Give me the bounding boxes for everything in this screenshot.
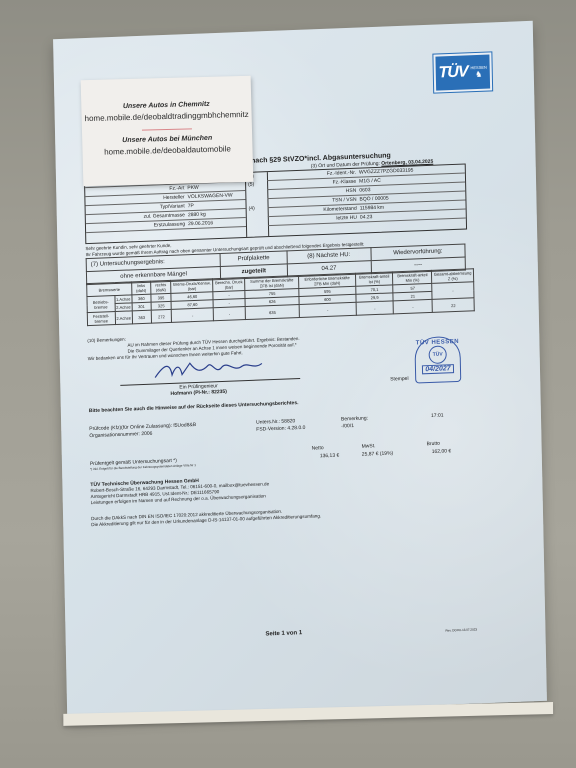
cell: 635	[245, 304, 299, 319]
card-url-muenchen: home.mobile.de/deobaldautomobile	[82, 144, 252, 157]
card-divider	[142, 128, 192, 130]
netto-value: 136,13 €	[320, 453, 340, 460]
tuv-stamp: TÜV HESSEN TÜV 04/2027	[414, 336, 461, 384]
vehicle-right-column: Fz.-Ident.-Nr.WVGZZZ7PZGD033195 Fz.-Klas…	[267, 165, 466, 227]
page-number: Seite 1 von 1	[265, 630, 302, 637]
cell: Feststell-bremse	[87, 312, 115, 326]
cell: 2.Achse	[115, 311, 133, 325]
cell: -	[432, 282, 474, 300]
time: 17:01	[431, 413, 444, 420]
lion-icon: ♞	[475, 70, 482, 79]
reverse-side-hint: Bitte beachten Sie auch die Hinweise auf…	[89, 400, 299, 414]
logo-brand: TÜV	[438, 63, 467, 82]
netto-label: Netto	[312, 445, 324, 451]
inspector: Ein Prüfingenieur Hofmann (PI-Nr.: 82235…	[170, 383, 227, 397]
cell: -	[172, 308, 214, 323]
first-registration: 29.06.2016	[188, 218, 246, 228]
brutto-value: 162,00 €	[432, 448, 452, 455]
col-header: Berechn. Druck (bar)	[213, 278, 245, 292]
cell: Betriebs-bremse	[87, 296, 115, 313]
signature-scribble	[150, 357, 280, 380]
meta-left: Prüfcode (Kfz)(für Online Zulassung): f5…	[89, 422, 196, 440]
company-info: TÜV Technische Überwachung Hessen GmbH R…	[90, 475, 269, 506]
col-header: links (daN)	[132, 281, 151, 295]
mwst-value: 25,87 € (19%)	[362, 450, 394, 457]
meta-mid: Unters.Nr.: 58820 FSD-Version: 4.28.0.0	[256, 418, 305, 434]
cell: -	[299, 302, 356, 317]
stamp-label: Stempel	[390, 376, 408, 383]
fee-label: Prüfentgelt gemäß Untersuchungsart *) *)…	[90, 458, 196, 472]
cell: -	[393, 299, 432, 313]
revision: Rev. DOHU-13.07.2023	[445, 627, 477, 632]
dealer-card: Unsere Autos in Chemnitz home.mobile.de/…	[81, 76, 254, 186]
col-header: rechts (daN)	[150, 280, 171, 294]
cell: -	[213, 307, 245, 321]
meta-remark: Bemerkung: -/00/1	[341, 415, 368, 430]
cell: 363	[132, 310, 151, 324]
stamp-date: 04/2027	[422, 364, 453, 374]
fsd-version: FSD-Version: 4.28.0.0	[256, 425, 305, 434]
remark-label: Bemerkung:	[341, 415, 368, 423]
accreditation: Durch die DAkkS nach DIN EN ISO/IEC 1702…	[91, 507, 321, 528]
cell: 22	[432, 298, 474, 313]
field-mark: (4)	[246, 204, 268, 213]
cell: 272	[151, 309, 172, 323]
inspector-name: Hofmann (PI-Nr.: 82235)	[170, 389, 226, 397]
card-url-chemnitz: home.mobile.de/deobaldtradinggmbhchemnit…	[82, 110, 252, 123]
remark-value: -/00/1	[341, 422, 368, 430]
tuv-hessen-logo: TÜV HESSEN ♞	[433, 52, 492, 92]
mwst-label: MwSt.	[362, 443, 376, 450]
brutto-label: Brutto	[426, 441, 439, 448]
stamp-center: TÜV	[429, 345, 447, 364]
cell: -	[356, 301, 394, 315]
